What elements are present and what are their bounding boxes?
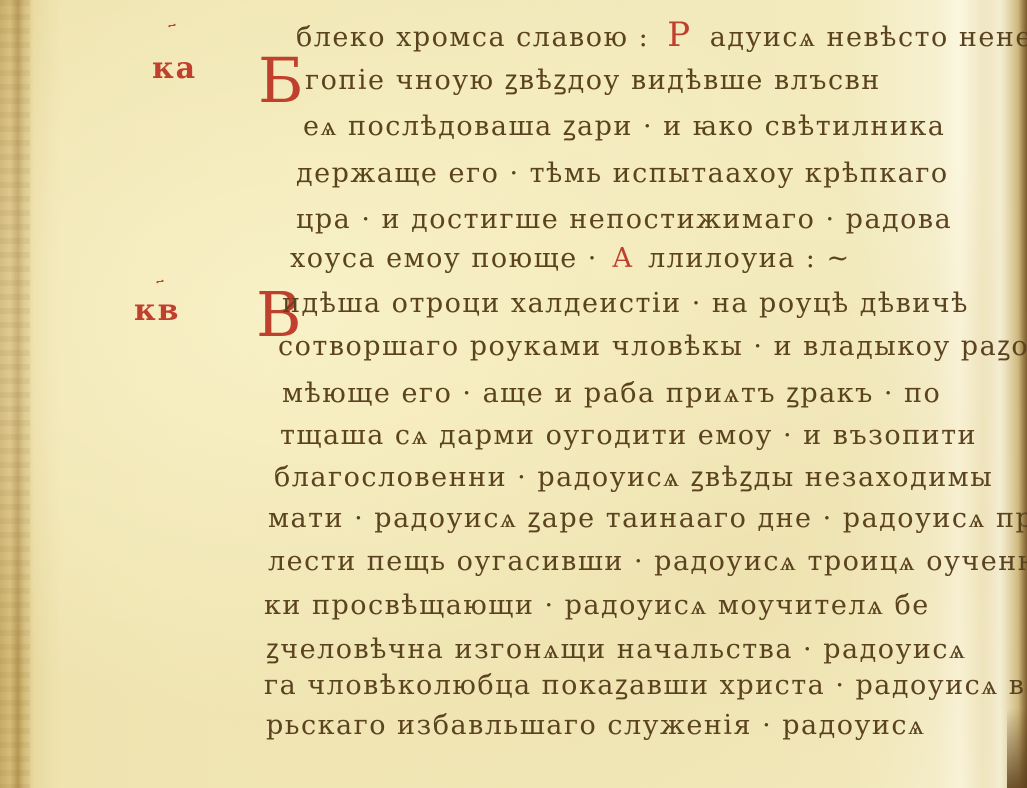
text-line: тщаша сѧ дарми оугодити емоу · и възопит… [280, 422, 977, 449]
text-line: хоуса емоу поюще · А ллилоуиа : ~ [290, 245, 851, 272]
text-span: блеко хромса славою : [296, 22, 649, 53]
rubricated-initial-1: Б [258, 50, 304, 112]
text-line: мѣюще его · аще и раба приѧтъ ꙁракъ · по [282, 380, 941, 407]
text-span: хоуса емоу поюще · [290, 243, 598, 274]
margin-number-2: кв [134, 296, 181, 326]
text-line: держаще его · тѣмь испытаахоу крѣпкаго [296, 160, 949, 187]
rubric-letter: Р [667, 15, 691, 55]
text-line: ꙁчеловѣчна изгонѧщи начальства · радоуис… [266, 636, 966, 663]
text-line: га чловѣколюбца покаꙁавши христа · радоу… [264, 672, 1027, 699]
text-line: идѣша отроци халдеистіи · на роуцѣ дѣвич… [282, 290, 969, 317]
text-line: рьскаго избавльшаго служенія · радоуисѧ [266, 712, 925, 739]
text-line: гопіе чноую ꙁвѣꙁдоу видѣвше влъсвн [305, 67, 881, 94]
text-span: адуисѧ невѣсто неневѣстнаꙗ [710, 22, 1027, 53]
text-line: ки просвѣщающи · радоуисѧ моучителѧ бе [264, 592, 930, 619]
rubric-letter: А [612, 243, 634, 274]
text-line: мати · радоуисѧ ꙁаре таинааго дне · радо… [268, 505, 1027, 532]
text-line: сотворшаго роуками чловѣкы · и владыкоу … [278, 333, 1027, 360]
text-line: блеко хромса славою : Р адуисѧ невѣсто н… [296, 18, 1027, 52]
margin-number-1: ка [152, 54, 197, 84]
text-line: цра · и достигше непостижимаго · радова [296, 206, 952, 233]
manuscript-page: ҃ ка Б блеко хромса славою : Р адуисѧ не… [0, 0, 1027, 788]
binding-gutter [0, 0, 30, 788]
text-span: ллилоуиа : ~ [648, 243, 851, 274]
page-corner-shadow [1007, 708, 1027, 788]
text-line: еѧ послѣдоваша ꙁари · и ꙗко свѣтилника [303, 113, 945, 140]
text-line: лести пещь оугасивши · радоуисѧ троицѧ о… [268, 548, 1027, 575]
text-line: благословенни · радоуисѧ ꙁвѣꙁды незаходи… [274, 464, 993, 491]
